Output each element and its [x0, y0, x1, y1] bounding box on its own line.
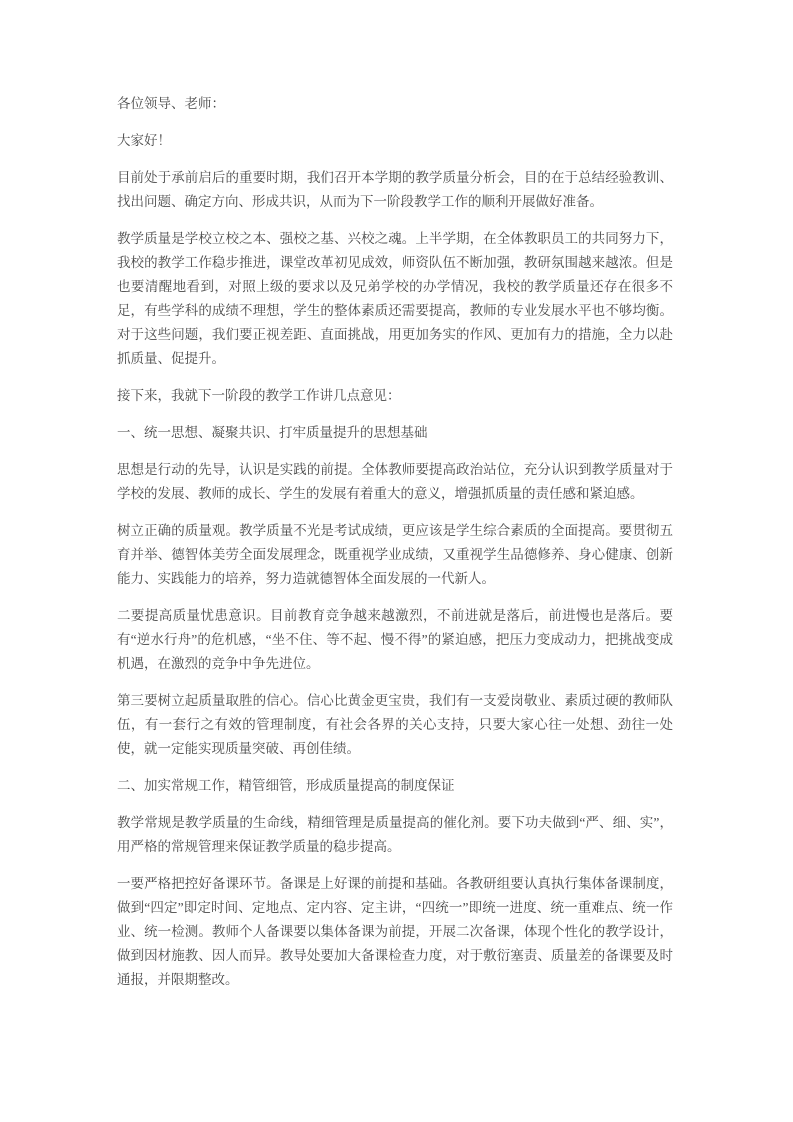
section2-paragraph-2: 一要严格把控好备课环节。备课是上好课的前提和基础。各教研组要认真执行集体备课制度… — [117, 872, 673, 992]
section2-paragraph-1: 教学常规是教学质量的生命线，精细管理是质量提高的催化剂。要下功夫做到“严、细、实… — [117, 811, 673, 859]
transition-paragraph: 接下来，我就下一阶段的教学工作讲几点意见： — [117, 384, 673, 408]
section1-paragraph-4: 第三要树立起质量取胜的信心。信心比黄金更宝贵，我们有一支爱岗敬业、素质过硬的教师… — [117, 689, 673, 761]
section-heading-1: 一、统一思想、凝聚共识、打牢质量提升的思想基础 — [117, 421, 673, 445]
section1-paragraph-2: 树立正确的质量观。教学质量不光是考试成绩，更应该是学生综合素质的全面提高。要贯彻… — [117, 519, 673, 591]
document-page: 各位领导、老师：大家好！目前处于承前启后的重要时期，我们召开本学期的教学质量分析… — [0, 0, 793, 1122]
document-body: 各位领导、老师：大家好！目前处于承前启后的重要时期，我们召开本学期的教学质量分析… — [117, 92, 673, 992]
section1-paragraph-1: 思想是行动的先导，认识是实践的前提。全体教师要提高政治站位，充分认识到教学质量对… — [117, 458, 673, 506]
section-heading-2: 二、加实常规工作，精管细管，形成质量提高的制度保证 — [117, 774, 673, 798]
intro-paragraph: 目前处于承前启后的重要时期，我们召开本学期的教学质量分析会，目的在于总结经验教训… — [117, 166, 673, 214]
greeting: 大家好！ — [117, 129, 673, 153]
salutation: 各位领导、老师： — [117, 92, 673, 116]
section1-paragraph-3: 二要提高质量忧患意识。目前教育竞争越来越激烈，不前进就是落后，前进慢也是落后。要… — [117, 604, 673, 676]
situation-paragraph: 教学质量是学校立校之本、强校之基、兴校之魂。上半学期，在全体教职员工的共同努力下… — [117, 227, 673, 371]
